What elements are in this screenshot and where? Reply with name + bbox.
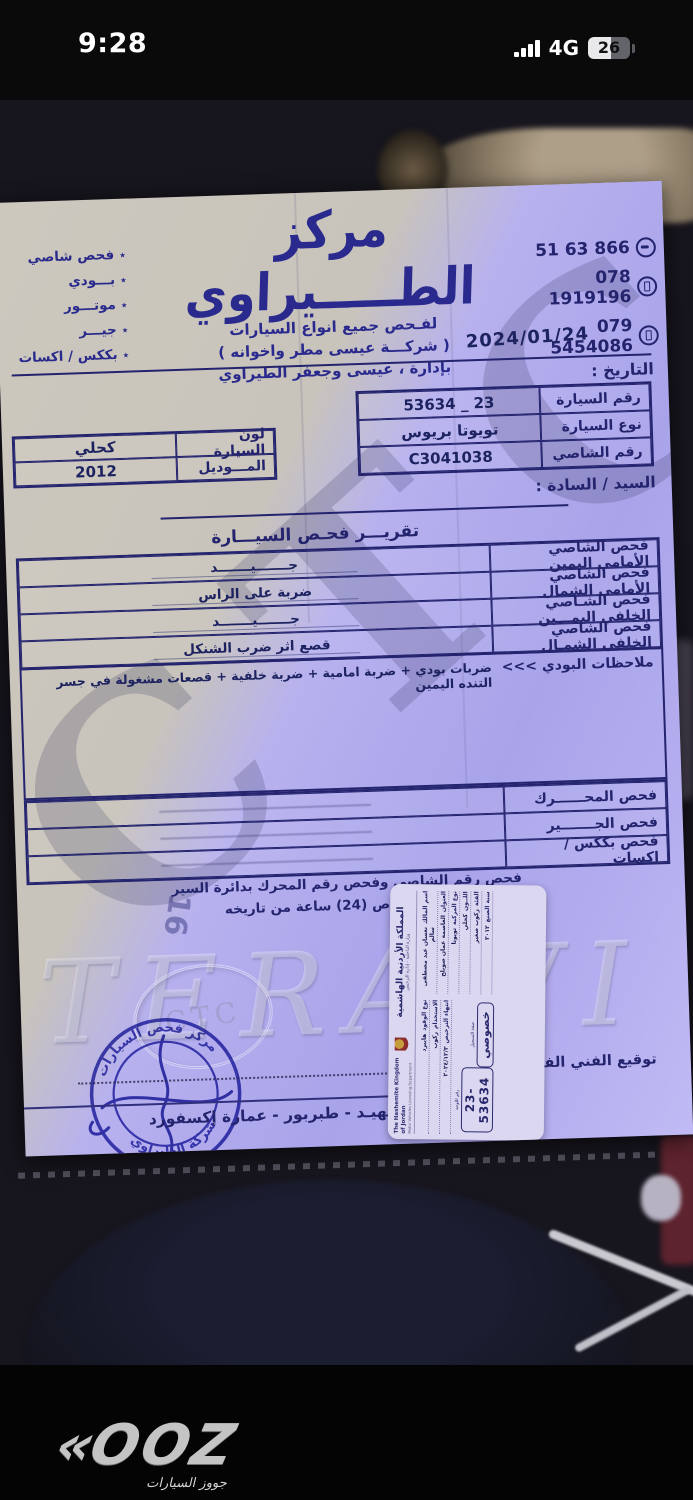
card-fields-left: نوع الوقودهايبرد الاستخدامركوب انتهاء ال… xyxy=(418,999,494,1134)
stamp-top-text: مركز فحص السيارات xyxy=(93,1018,222,1079)
star-bullet-icon: ٭ xyxy=(120,273,127,287)
clock-time: 9:28 xyxy=(78,28,147,59)
jordan-coat-of-arms-icon xyxy=(395,1036,410,1052)
handwritten-margin-note: 16 xyxy=(156,892,197,938)
star-bullet-icon: ٭ xyxy=(121,323,128,337)
vehicle-license-card: The Hashemite Kingdom of Jordan Motor Ve… xyxy=(388,884,547,1141)
center-brand: مركز الطـــــيراوي لفـحص جميع انواع السي… xyxy=(134,199,530,386)
svg-text:مركز فحص السيارات: مركز فحص السيارات xyxy=(93,1018,222,1079)
service-item: ٭موتـــور xyxy=(9,297,127,317)
card-english-header: The Hashemite Kingdom of Jordan Motor Ve… xyxy=(394,1055,413,1133)
table-label: لون السيارة xyxy=(176,430,275,457)
clipboard-perforation xyxy=(18,1151,663,1178)
service-item: ٭بككس / اكسات xyxy=(11,347,129,367)
star-bullet-icon: ٭ xyxy=(122,348,129,362)
table-value: 2012 xyxy=(15,457,178,486)
date-label: التاريخ : xyxy=(591,359,654,380)
registration-type-box: خصوصي xyxy=(477,1002,495,1068)
vehicle-info-table: رقم السيارة 23 _ 53634 نوع السيارة تويوت… xyxy=(355,381,654,476)
service-item: ٭فحص شاصي xyxy=(8,247,126,267)
card-arabic-header: المملكة الأردنية الهاشمية وزارة الداخلية… xyxy=(395,890,411,1033)
table-label: المـــوديل xyxy=(177,454,276,481)
battery-tip-icon xyxy=(632,44,635,53)
dark-foreground-object xyxy=(25,1180,635,1365)
center-title: مركز الطـــــيراوي xyxy=(134,193,527,327)
mobile-phone-icon xyxy=(638,325,659,346)
table-value: C3041038 xyxy=(359,441,542,474)
zooz-caption: جووز السيارات xyxy=(47,1476,230,1491)
registration-label: صفة التسجيل xyxy=(471,1002,477,1067)
mobile-phone-icon xyxy=(637,276,658,297)
star-bullet-icon: ٭ xyxy=(121,298,128,312)
body-notes-label: ملاحظات البودي >>> xyxy=(502,654,654,675)
inspection-report-paper: CTC TERAWI ٭فحص شاصي ٭بـــودي ٭موتـــور … xyxy=(0,181,693,1157)
network-type: 4G xyxy=(549,36,579,60)
phone-row: 078 1919196 xyxy=(519,266,658,311)
foil-object xyxy=(641,1175,681,1221)
card-fields-right: اسم المالكنعسان عبد مصطفى سالم العنوانال… xyxy=(420,890,496,994)
document-photo: CTC TERAWI ٭فحص شاصي ٭بـــودي ٭موتـــور … xyxy=(0,100,693,1365)
status-bar: 9:28 4G 26 xyxy=(0,0,693,100)
star-bullet-icon: ٭ xyxy=(119,248,126,262)
services-list: ٭فحص شاصي ٭بـــودي ٭موتـــور ٭جيـــر ٭بك… xyxy=(8,247,130,376)
check-label: فحص بككس / اكسات xyxy=(505,835,668,867)
service-item: ٭جيـــر xyxy=(10,322,128,342)
phone-numbers: 51 63 866 078 1919196 079 5454086 xyxy=(518,237,660,369)
table-label: رقم الشاصي xyxy=(541,437,652,468)
battery-icon: 26 xyxy=(588,37,630,59)
addressee-line xyxy=(161,504,569,520)
body-notes-value: ضربات بودي + ضربة امامية + ضربة خلفية + … xyxy=(30,660,493,705)
plate-number-box: 23-53634 xyxy=(461,1067,494,1132)
plate-label: رقم اللوحة xyxy=(455,1067,461,1132)
arrows: >>> xyxy=(502,658,538,675)
body-notes-box: ملاحظات البودي >>> ضربات بودي + ضربة اما… xyxy=(19,647,667,800)
phone-row: 51 63 866 xyxy=(518,237,657,262)
table-label: رقم السيارة xyxy=(539,383,650,414)
service-item: ٭بـــودي xyxy=(8,272,126,292)
landline-phone-icon xyxy=(636,237,657,258)
zooz-logo: «OOZ جووز السيارات xyxy=(47,1418,243,1491)
color-model-table: لون السيارة كحلي المـــوديل 2012 xyxy=(12,428,278,489)
signal-bars-icon xyxy=(514,40,540,57)
zooz-wordmark: OOZ xyxy=(84,1413,244,1478)
table-label: نوع السيارة xyxy=(540,410,651,441)
addressee-label: السيد / السادة : xyxy=(535,473,656,495)
